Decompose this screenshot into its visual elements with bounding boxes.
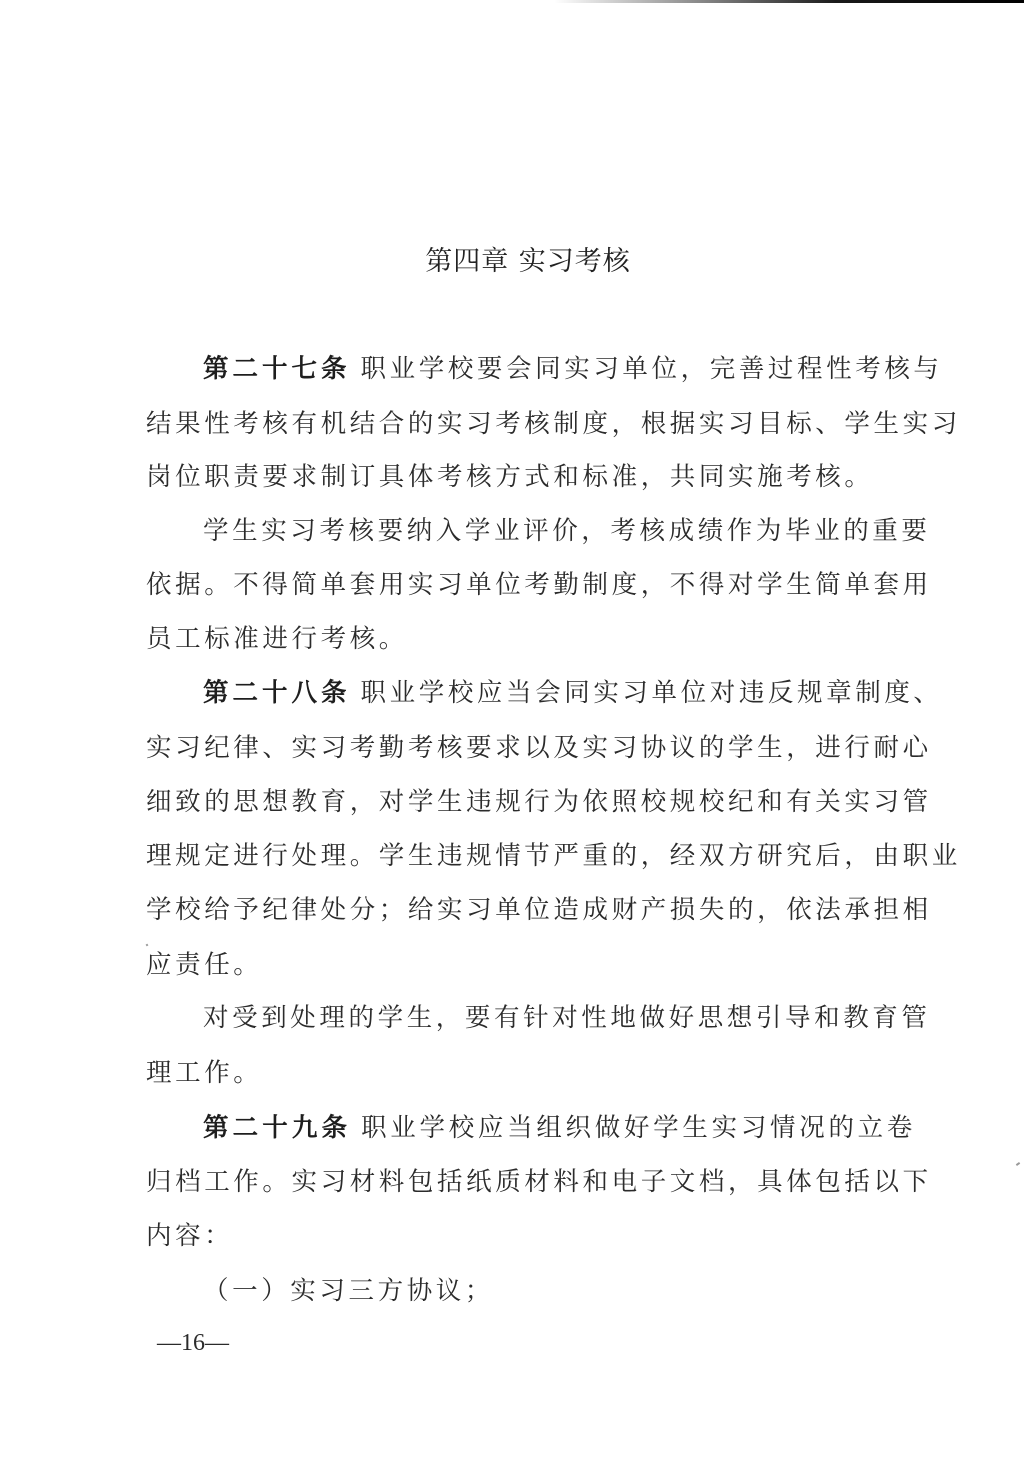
scan-speck [1016,1162,1020,1166]
article-28-label: 第二十八条 [203,678,351,708]
article-28-line-1: 第二十八条职业学校应当会同实习单位对违反规章制度、 [203,678,916,708]
article-28-line-2: 实习纪律、实习考勤考核要求以及实习协议的学生，进行耐心 [146,733,916,763]
article-27-line-2: 结果性考核有机结合的实习考核制度，根据实习目标、学生实习 [146,409,916,439]
article-28-para-2-line-1: 对受到处理的学生，要有针对性地做好思想引导和教育管 [203,1003,916,1033]
article-27-para-2-line-3: 员工标准进行考核。 [146,624,916,654]
article-29-line-2: 归档工作。实习材料包括纸质材料和电子文档，具体包括以下 [146,1167,916,1197]
article-27-para-2-line-2: 依据。不得简单套用实习单位考勤制度，不得对学生简单套用 [146,570,916,600]
page-number: —16— [157,1330,229,1357]
article-27-label: 第二十七条 [203,354,351,384]
article-28-line-3: 细致的思想教育，对学生违规行为依照校规校纪和有关实习管 [146,787,916,817]
article-29-line-3: 内容： [146,1221,916,1251]
article-28-para-2-line-2: 理工作。 [146,1058,916,1088]
article-27-line-3: 岗位职责要求制订具体考核方式和标准，共同实施考核。 [146,462,916,492]
chapter-title: 第四章 实习考核 [0,239,1024,278]
article-29-line-1: 第二十九条职业学校应当组织做好学生实习情况的立卷 [203,1113,916,1143]
article-27-para-2-line-1: 学生实习考核要纳入学业评价，考核成绩作为毕业的重要 [203,516,916,546]
article-28-line-5: 学校给予纪律处分；给实习单位造成财产损失的，依法承担相 [146,895,916,925]
article-28-line-4: 理规定进行处理。学生违规情节严重的，经双方研究后，由职业 [146,841,916,871]
article-28-line-6: 应责任。 [146,950,916,980]
article-27-line-1: 第二十七条职业学校要会同实习单位，完善过程性考核与 [203,354,916,384]
article-29-item-1: （一）实习三方协议； [203,1276,973,1306]
article-29-label: 第二十九条 [203,1113,351,1143]
scan-speck [146,944,149,947]
scan-edge-shadow [554,0,1024,3]
